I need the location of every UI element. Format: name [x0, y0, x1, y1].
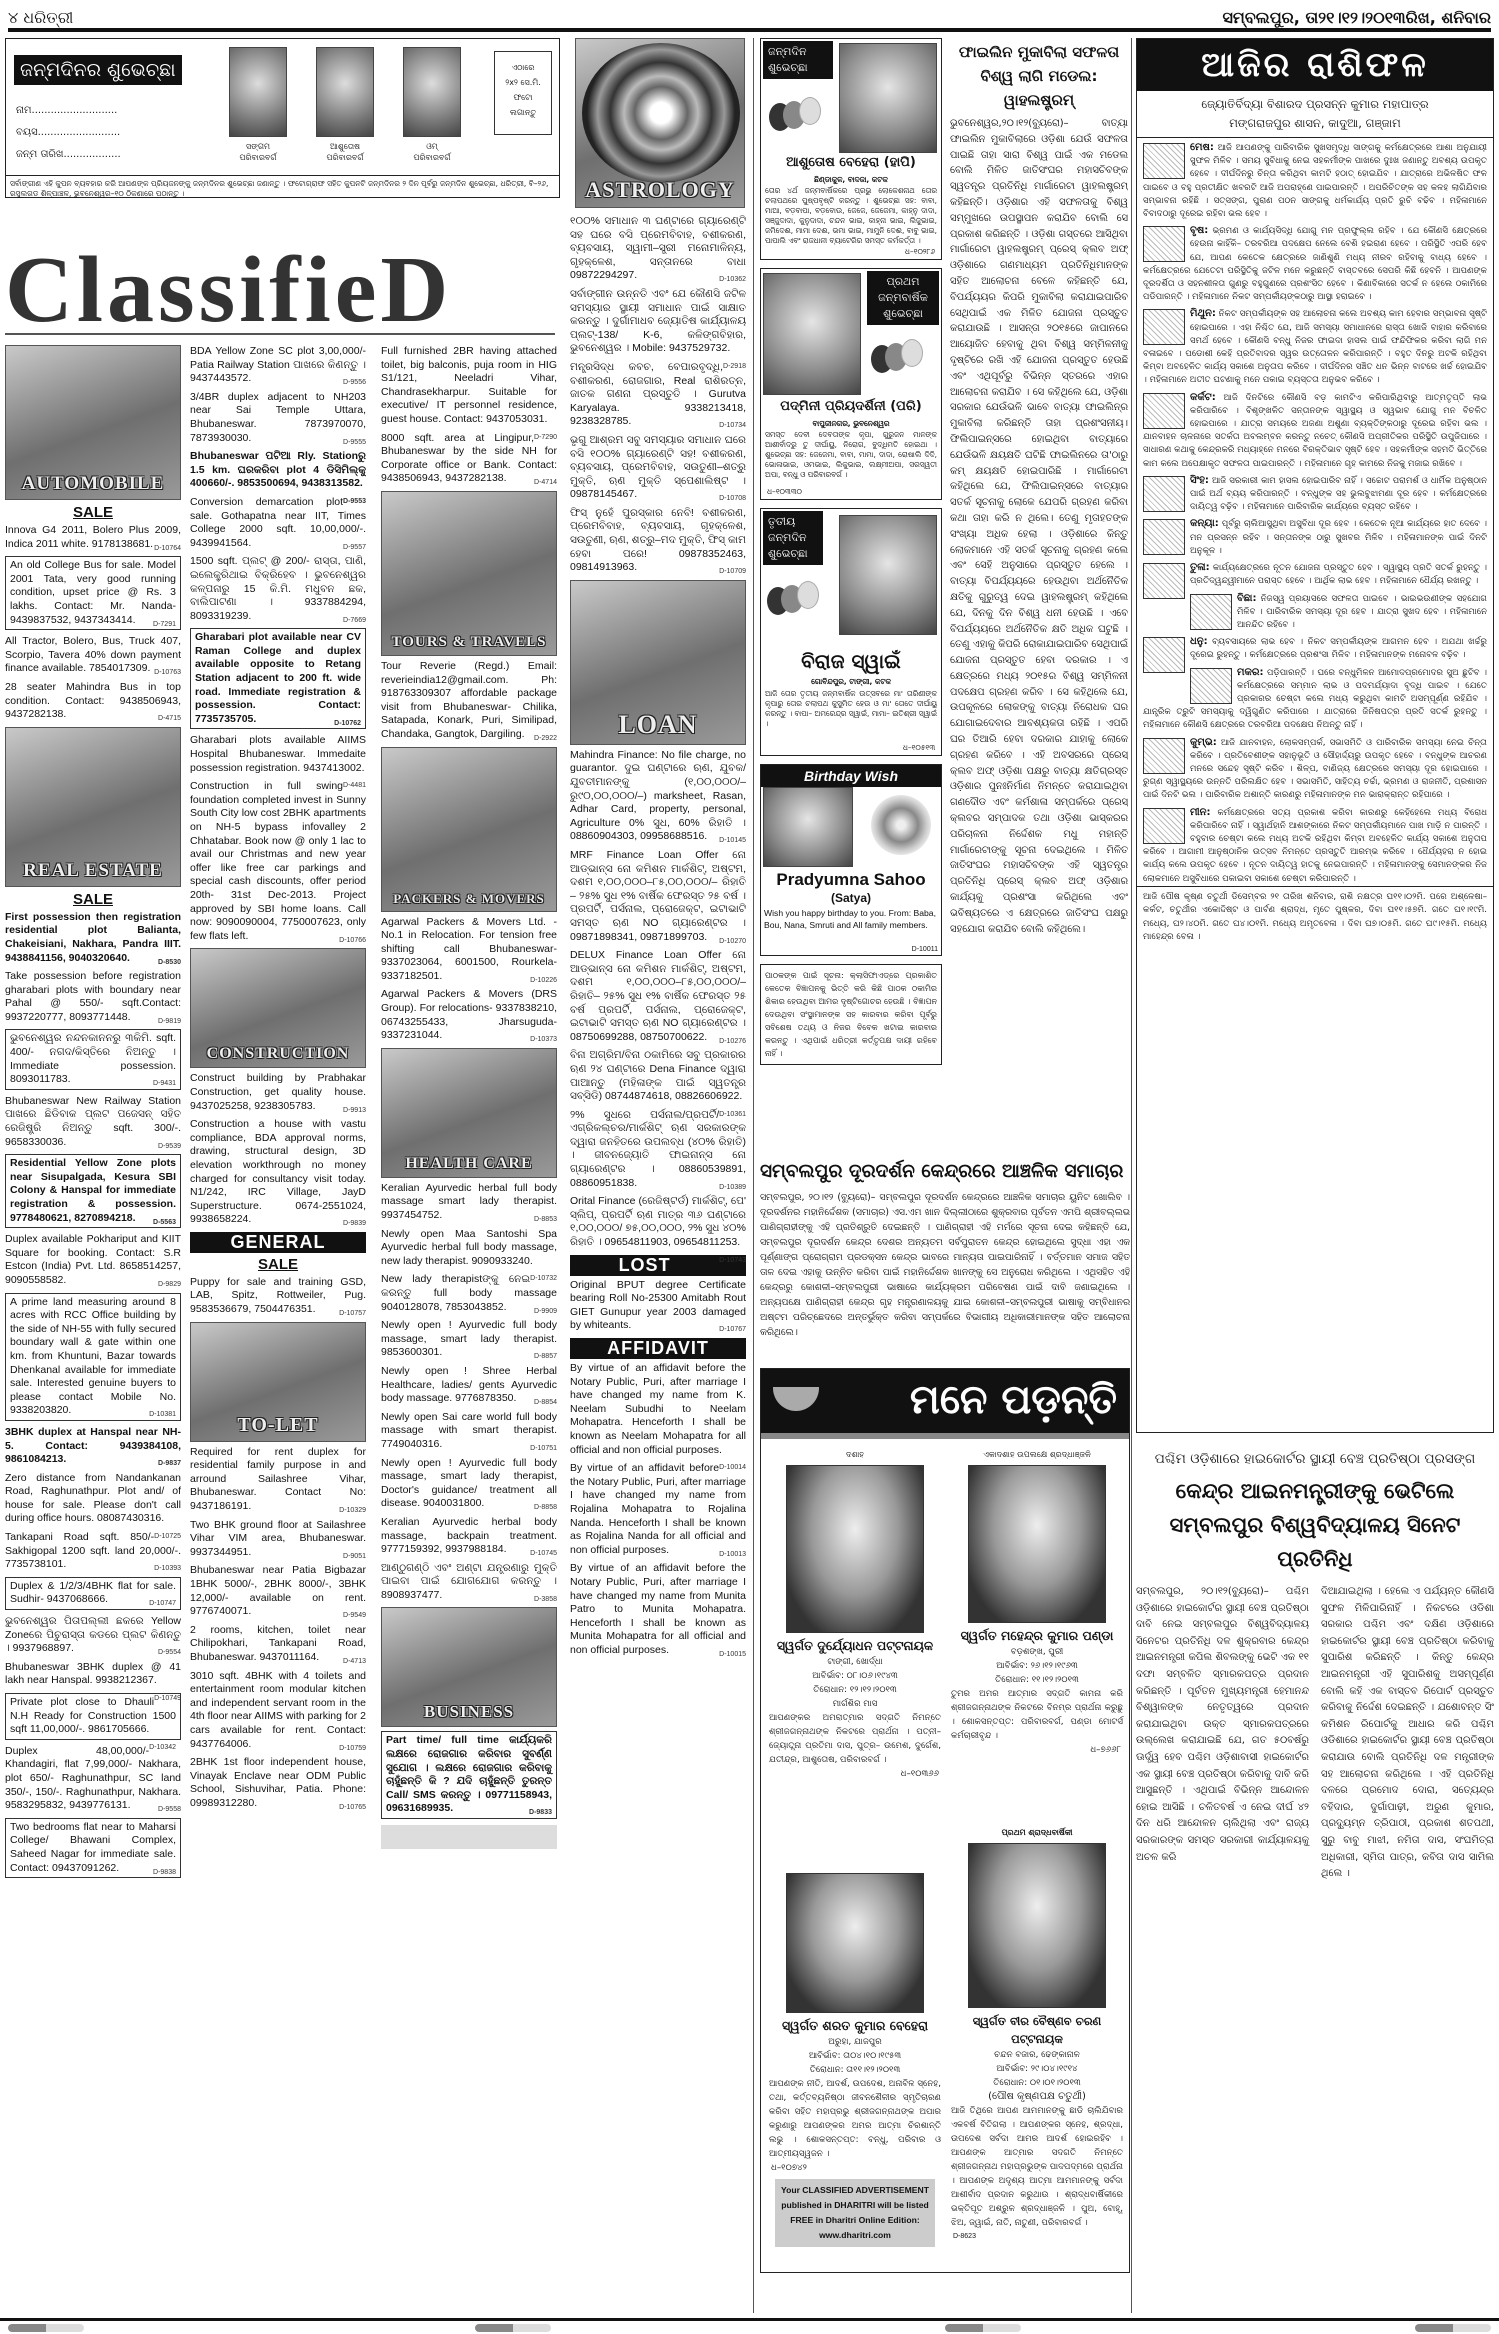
classified-ad: Conversion demarcation plot sale. Gothap…: [190, 496, 366, 550]
affidavit-heading: AFFIDAVIT: [570, 1338, 746, 1359]
classified-ad: Mahindra Finance: No file charge, no gua…: [570, 749, 746, 844]
sign-text: ପୂର୍ବରୁ ଚାଲିଆସୁଥିବା ଅସୁବିଧା ଦୂର ହେବ । କେ…: [1190, 519, 1487, 555]
classified-ad: Newly open Sai care world full body mass…: [381, 1411, 557, 1452]
classified-ad: Original BPUT degree Certificate bearing…: [570, 1279, 746, 1333]
classified-ad: ଆଣ୍ଠୁଗଣ୍ଠି ଏବଂ ଅଣ୍ଟା ଯନ୍ତ୍ରଣାରୁ ମୁକ୍ତି ପ…: [381, 1562, 557, 1603]
column-astrology-loan: ୧୦୦% ସମାଧାନ ୩ ଘଣ୍ଟାରେ ଗ୍ୟାରେଣ୍ଟି ସହ ଘରେ …: [570, 215, 746, 2315]
ad-text: Construct building by Prabhakar Construc…: [190, 1072, 366, 1111]
ad-code: D-9558: [158, 1803, 181, 1817]
classified-ad: Gharabari plot available near CV Raman C…: [190, 628, 366, 729]
ad-code: D-10765: [339, 1801, 366, 1815]
classified-ad: 3BHK duplex at Hanspal near NH-5. Contac…: [5, 1426, 181, 1467]
ad-text: 8000 sqft. area at Lingipur, Bhubaneswar…: [381, 432, 557, 485]
story-headline: ସମ୍ବଲପୁର ଦୂରଦର୍ଶନ କେନ୍ଦ୍ରରେ ଆଞ୍ଚଳିକ ସମାଚ…: [760, 1158, 1130, 1186]
ad-text: Orital Finance (ରେଜିଷ୍ଟର୍ଡ) ମାର୍କଶିଟ୍, ପ…: [570, 1195, 746, 1248]
ad-code: D-10393: [154, 1562, 181, 1576]
sign-text: କାର୍ଯ୍ୟକ୍ଷେତ୍ରରେ ନୂତନ ଯୋଜନା ପ୍ରସ୍ତୁତ ହେବ…: [1190, 563, 1487, 586]
classified-ad: DELUX Finance Loan Offer ନୋ ଆଡ୍‌ଭାନ୍ସ ନୋ…: [570, 949, 746, 1044]
story-headline: କେନ୍ଦ୍ର ଆଇନମନ୍ତ୍ରୀଙ୍କୁ ଭେଟିଲେ ସମ୍ବଲପୁର ବ…: [1136, 1474, 1494, 1576]
horoscope-entry: ମିଥୁନ: ନିକଟ ସମ୍ପର୍କୀୟଙ୍କ ସହ ଆଲୋଚନା କଲେ ଅ…: [1137, 307, 1493, 387]
ad-code: D-10389: [719, 1181, 746, 1195]
classified-ad: ଭୁବନେଶ୍ୱର ନନ୍ଦନକାନନରୁ ୩କିମି. sqft. 400/-…: [5, 1029, 181, 1089]
classified-ad: MRF Finance Loan Offer ନୋ ଆଡ୍‌ଭାନ୍ସ ନୋ କ…: [570, 849, 746, 944]
wish-card: Birthday Wish Pradyumna Sahoo (Satya) Wi…: [760, 764, 942, 956]
ad-text: 3010 sqft. 4BHK with 4 toilets and enter…: [190, 1670, 366, 1750]
sign-name: କୁମ୍ଭ:: [1190, 737, 1217, 748]
ad-code: D-10361: [719, 1108, 746, 1122]
sign-text: ଭ୍ରମଣ ଓ କାର୍ଯ୍ୟସିଦ୍ଧି ଯୋଗୁ ମନ ପ୍ରଫୁଲ୍ଲ ର…: [1143, 226, 1487, 302]
horoscope-entry: ଧନୁ: ବ୍ୟବସାୟରେ ଲାଭ ହେବ । ନିକଟ ସମ୍ପର୍କୀୟଙ…: [1137, 635, 1493, 662]
ad-code: D-4713: [343, 1655, 366, 1669]
news-story: ସମ୍ବଲପୁର ଦୂରଦର୍ଶନ କେନ୍ଦ୍ରରେ ଆଞ୍ଚଳିକ ସମାଚ…: [760, 1158, 1130, 1340]
classified-ad: Construction a house with vastu complian…: [190, 1118, 366, 1227]
footer-rule: [0, 2318, 1499, 2321]
column-services: Full furnished 2BR having attached toile…: [381, 345, 557, 2315]
classified-ad: ମନ୍ତ୍ରସିଦ୍ଧ କବଚ, ବେପାରବୃଦ୍ଧି, ବଶୀକରଣ, ରୋ…: [570, 361, 746, 429]
ad-text: Conversion demarcation plot sale. Gothap…: [190, 496, 366, 549]
obituary-card: ସ୍ୱର୍ଗତ ଶରତ କୁମାର ବେହେରା ଅରୁହା, ଯାଜପୁର ଆ…: [765, 1869, 945, 2251]
ad-text: Bhubaneswar ପଟିଆ Rly. Stationରୁ 1.5 km. …: [190, 450, 366, 489]
ad-code: D-8857: [534, 1350, 557, 1364]
ad-text: ସର୍ବାଙ୍ଗୀନ ଉନ୍ନତି ଏବଂ ଯେ କୌଣସି ଜଟିଳ ସମସ୍…: [570, 288, 746, 354]
general-heading: GENERAL: [190, 1232, 366, 1253]
column-automobile-realestate: AUTOMOBILE SALE Innova G4 2011, Bolero P…: [5, 345, 181, 2315]
ad-text: Bhubaneswar 3BHK duplex @ 41 lakh near H…: [5, 1661, 181, 1687]
horoscope-entry: କୁମ୍ଭ: ଆଜି ଯାନବାହନ, ଲୋକସମ୍ପର୍କ, ସଭାସମିତି…: [1137, 736, 1493, 803]
page-marker: [1415, 2324, 1491, 2332]
reader-notice: ପାଠକଙ୍କ ପାଇଁ ସୂଚନା: କ୍ଲାସିଫାଏଡ୍‌ରେ ପ୍ରକା…: [760, 964, 942, 1065]
ad-text: Construction a house with vastu complian…: [190, 1118, 366, 1225]
ad-code: D-10751: [530, 1442, 557, 1456]
classified-ad: ଭୃଗୁ ଆଶ୍ରମ ସବୁ ସମସ୍ୟାର ସମାଧାନ ଘରେ ବସି ୧୦…: [570, 434, 746, 502]
ad-text: Duplex available Pokhariput and KIIT Squ…: [5, 1233, 181, 1286]
classified-ad: 2BHK 1st floor independent house, Vinaya…: [190, 1756, 366, 1810]
sign-name: ବିଛା:: [1237, 593, 1256, 604]
ad-text: Tour Reverie (Regd.) Email: reverieindia…: [381, 660, 557, 740]
zodiac-sign-icon: [1143, 519, 1185, 555]
ad-text: Newly open Maa Santoshi Spa Ayurvedic he…: [381, 1228, 557, 1267]
classified-ad: An old College Bus for sale. Model 2001 …: [5, 556, 181, 630]
blank-box: [381, 1825, 557, 1849]
classified-ad: Required for rent duplex for residential…: [190, 1446, 366, 1514]
classified-ad: ୧୦୦% ସମାଧାନ ୩ ଘଣ୍ଟାରେ ଗ୍ୟାରେଣ୍ଟି ସହ ଘରେ …: [570, 215, 746, 283]
classified-ad: A prime land measuring around 8 acres wi…: [5, 1293, 181, 1421]
sale-heading: SALE: [190, 1256, 366, 1273]
birthday-coupon: ଜନ୍ମଦିନର ଶୁଭେଚ୍ଛା ନାମ...................…: [5, 38, 560, 198]
ad-code: D-8854: [534, 1396, 557, 1410]
ad-text: ଭୁବନେଶ୍ୱର ନନ୍ଦନକାନନରୁ ୩କିମି. sqft. 400/-…: [10, 1032, 176, 1085]
obituary-card: ଏକାଦଶାହ ଉପଲକ୍ଷେ ଶ୍ରଦ୍ଧାଞ୍ଜଳି ସ୍ୱର୍ଗତ ମହେ…: [947, 1449, 1127, 1757]
ad-code: D-10749: [154, 1692, 181, 1706]
story-headline: ଫାଇଲିନ ମୁକାବିଲା ସଫଳତା ବିଶ୍ୱ ଲାଗି ମଡେଲ: ୱ…: [950, 40, 1128, 112]
classified-ad: Two BHK ground floor at Sailashree Vihar…: [190, 1519, 366, 1560]
classified-ad: Bhubaneswar ପଟିଆ Rly. Stationରୁ 1.5 km. …: [190, 450, 366, 491]
ad-code: D-10373: [530, 1033, 557, 1047]
kid-photo: [316, 47, 374, 137]
sign-text: ନିକଟ ସମ୍ପର୍କୀୟଙ୍କ ସହ ଆଲୋଚନା କଲେ ଅବଶ୍ୟ କା…: [1143, 309, 1487, 385]
sign-name: କର୍କଟ:: [1190, 392, 1216, 403]
classified-ad: By virtue of an affidavit before the Not…: [570, 1462, 746, 1557]
automobile-image: AUTOMOBILE: [5, 345, 181, 500]
ad-text: Required for rent duplex for residential…: [190, 1446, 366, 1512]
ad-text: A prime land measuring around 8 acres wi…: [10, 1296, 176, 1417]
ad-code: D-9549: [343, 1609, 366, 1623]
tolet-image: TO-LET: [190, 1322, 366, 1442]
ad-text: BDA Yellow Zone SC plot 3,00,000/- Patia…: [190, 345, 366, 384]
online-edition-promo: Your CLASSIFIED ADVERTISEMENT published …: [775, 2179, 935, 2247]
zodiac-sign-icon: [1190, 668, 1232, 704]
ad-text: An old College Bus for sale. Model 2001 …: [10, 559, 176, 625]
classified-ad: ସର୍ବାଙ୍ଗୀନ ଉନ୍ନତି ଏବଂ ଯେ କୌଣସି ଜଟିଳ ସମସ୍…: [570, 288, 746, 356]
travels-image: TOURS & TRAVELS: [381, 491, 557, 656]
panchang: ଆଜି ପୌଷ କୃଷ୍ଣ ଚତୁର୍ଥୀ ଡିସେମ୍ବର ୨୧ ତାରିଖ …: [1137, 886, 1493, 949]
ad-text: Gharabari plots available AIIMS Hospital…: [190, 734, 366, 773]
classified-ad: ବିନା ଅଗ୍ରିମ/ବିନା ଠକାମିରେ ସବୁ ପ୍ରକାରର ଋଣ …: [570, 1049, 746, 1103]
wish-card: ତୃତୀୟ ଜନ୍ମଦିନ ଶୁଭେଚ୍ଛା ବିରାଜ ସ୍ୱାଇଁ ଗୋବି…: [760, 508, 942, 756]
ad-text: 1500 sqft. ପ୍ଲଟ୍ @ 200/- ରାସ୍ତା, ପାଣି, ଇ…: [190, 555, 366, 621]
ad-code: D-10709: [719, 565, 746, 579]
ad-code: D-9829: [158, 1278, 181, 1292]
kid-caption: ସଙ୍ଗମପରିବାରବର୍ଗ: [223, 141, 293, 163]
classified-ad: 1500 sqft. ପ୍ଲଟ୍ @ 200/- ରାସ୍ତା, ପାଣି, ଇ…: [190, 555, 366, 623]
classified-ad: Residential Yellow Zone plots near Sisup…: [5, 1154, 181, 1228]
classified-ad: Zero distance from Nandankanan Road, Rag…: [5, 1472, 181, 1526]
sign-name: ମେଷ:: [1190, 142, 1214, 153]
ad-code: D-10725: [154, 1530, 181, 1544]
wish-name: ଆଶୁତୋଷ ବେହେରା (ହାପି): [761, 155, 941, 170]
classified-ad: All Tractor, Bolero, Bus, Truck 407, Sco…: [5, 635, 181, 676]
classified-ad: 28 seater Mahindra Bus in top condition.…: [5, 681, 181, 722]
story-body: ଦିଆଯାଇଥିଲା । ହେଲେ ଏ ପର୍ଯ୍ୟନ୍ତ କୌଣସି ସୁଫଳ…: [1321, 1584, 1494, 1883]
horoscope-entry: କନ୍ୟା: ପୂର୍ବରୁ ଚାଲିଆସୁଥିବା ଅସୁବିଧା ଦୂର ହ…: [1137, 517, 1493, 558]
ad-text: 3/4BR duplex adjacent to NH203 near Sai …: [190, 391, 366, 444]
ad-text: Newly open ! Ayurvedic full body massage…: [381, 1457, 557, 1510]
zodiac-sign-icon: [1143, 309, 1185, 345]
ad-code: D-9839: [343, 1217, 366, 1231]
obituary-card: ଦଶାହ ସ୍ୱର୍ଗତ ଦୁର୍ଯ୍ୟୋଧନ ପଟ୍ଟନାୟକ ଟାଙ୍ଗୀ,…: [765, 1449, 945, 1781]
classified-ad: 3/4BR duplex adjacent to NH203 near Sai …: [190, 391, 366, 445]
classified-ad: Tour Reverie (Regd.) Email: reverieindia…: [381, 660, 557, 742]
ad-text: By virtue of an affidavit before the Not…: [570, 1362, 746, 1456]
ad-code: D-10767: [719, 1323, 746, 1337]
coupon-title: ଜନ୍ମଦିନର ଶୁଭେଚ୍ଛା: [14, 55, 182, 85]
ad-text: DELUX Finance Loan Offer ନୋ ଆଡ୍‌ଭାନ୍ସ ନୋ…: [570, 949, 746, 1043]
ad-code: D-9554: [158, 1646, 181, 1660]
sign-name: ତୁଳା:: [1190, 562, 1210, 573]
ad-text: Gharabari plot available near CV Raman C…: [195, 631, 361, 725]
ad-code: D-4714: [534, 476, 557, 490]
ad-text: First possession then registration resid…: [5, 911, 181, 964]
loan-image: LOAN: [570, 580, 746, 745]
ad-code: D-10766: [339, 934, 366, 948]
ad-code: D-10362: [719, 273, 746, 287]
ad-text: Mahindra Finance: No file charge, no gua…: [570, 749, 746, 843]
ad-code: D-10270: [719, 935, 746, 949]
ad-code: D-10708: [719, 492, 746, 506]
ad-text: ଆଣ୍ଠୁଗଣ୍ଠି ଏବଂ ଅଣ୍ଟା ଯନ୍ତ୍ରଣାରୁ ମୁକ୍ତି ପ…: [381, 1562, 557, 1601]
classified-ad: Part time/ full time କାର୍ଯ୍ୟକରି ଲକ୍ଷରେ ର…: [381, 1731, 557, 1819]
ad-text: Two bedrooms flat near to Maharsi Colleg…: [10, 1821, 176, 1874]
ad-code: D-4481: [343, 779, 366, 793]
ad-code: D-9556: [343, 376, 366, 390]
classified-banner: ClassifieD: [5, 245, 555, 335]
classified-ad: Construction in full swing foundation co…: [190, 780, 366, 943]
ad-text: Agarwal Packers & Movers Ltd. - No.1 in …: [381, 916, 557, 982]
sign-name: ମକର:: [1237, 667, 1263, 678]
sign-text: ବ୍ୟବସାୟରେ ଲାଭ ହେବ । ନିକଟ ସମ୍ପର୍କୀୟଙ୍କ ଆଗ…: [1190, 637, 1487, 660]
classified-ad: Orital Finance (ରେଜିଷ୍ଟର୍ଡ) ମାର୍କଶିଟ୍, ପ…: [570, 1195, 746, 1249]
classified-ad: ଭୁବନେଶ୍ୱର ପିତାପଲ୍ଲୀ ଛକରେ Yellow Zoneରେ ପ…: [5, 1615, 181, 1656]
ad-text: Residential Yellow Zone plots near Sisup…: [10, 1157, 176, 1223]
classified-ad: Newly open ! Ayurvedic full body massage…: [381, 1457, 557, 1511]
sign-name: ମିଥୁନ:: [1190, 308, 1216, 319]
ad-code: D-9833: [529, 1806, 552, 1820]
birthday-wishes: ଜନ୍ମଦିନ ଶୁଭେଚ୍ଛା ଆଶୁତୋଷ ବେହେରା (ହାପି) ଛି…: [760, 38, 942, 1073]
ad-text: By virtue of an affidavit before the Not…: [570, 1462, 746, 1556]
zodiac-sign-icon: [1190, 594, 1232, 630]
ad-code: D-9555: [343, 436, 366, 450]
ad-code: D-8530: [158, 956, 181, 970]
ad-code: D-10013: [719, 1548, 746, 1562]
ad-text: Bhubaneswar near Patia Bigbazar 1BHK 500…: [190, 1564, 366, 1617]
ad-text: Construction in full swing foundation co…: [190, 780, 366, 942]
zodiac-sign-icon: [1143, 143, 1185, 179]
ad-code: D-10732: [530, 1272, 557, 1286]
ad-code: D-9819: [158, 1015, 181, 1029]
classified-ad: Bhubaneswar New Railway Station ପାଖରେ ଛି…: [5, 1095, 181, 1149]
wish-name: ପଦ୍ମିନୀ ପ୍ରିୟଦର୍ଶିନୀ (ପରି): [761, 399, 941, 414]
construction-image: CONSTRUCTION: [190, 948, 366, 1068]
ad-code: D-2918: [723, 360, 746, 374]
classified-ad: Newly open Maa Santoshi Spa Ayurvedic he…: [381, 1228, 557, 1269]
story-body: ଭୁବନେଶ୍ୱର,୨୦।୧୨(ବ୍ୟୁରୋ)– ବାତ୍ୟା ଫାଇଲିନ ମ…: [950, 116, 1128, 937]
horoscope-entry: ବିଛା: ନିଜସ୍ୱ ପ୍ରୟାସରେ ସଫଳତା ପାଇବେ । ଭାଇଭ…: [1137, 592, 1493, 633]
classified-ad: Agarwal Packers & Movers (DRS Group). Fo…: [381, 988, 557, 1042]
ad-text: Take possession before registration ghar…: [5, 970, 181, 1023]
ad-text: Zero distance from Nandankanan Road, Rag…: [5, 1472, 181, 1525]
sign-name: ମୀନ:: [1190, 807, 1211, 818]
ad-code: D-10381: [149, 1408, 176, 1422]
zodiac-sign-icon: [1143, 393, 1185, 429]
dob-field[interactable]: ଜନ୍ମ ତାରିଖ..................: [16, 149, 121, 160]
ad-text: 28 seater Mahindra Bus in top condition.…: [5, 681, 181, 720]
ad-code: D-9539: [158, 1140, 181, 1154]
classified-ad: Bhubaneswar 3BHK duplex @ 41 lakh near H…: [5, 1661, 181, 1688]
horoscope-title: ଆଜିର ରାଶିଫଳ: [1137, 39, 1493, 91]
classified-ad: Keralian Ayurvedic herbal body massage, …: [381, 1516, 557, 1557]
age-field[interactable]: ବୟସ..........................: [16, 127, 120, 138]
ad-code: D-2922: [534, 732, 557, 746]
zodiac-sign-icon: [1143, 563, 1185, 599]
wish-card: ପ୍ରଥମ ଜନ୍ମବାର୍ଷିକ ଶୁଭେଚ୍ଛା ପଦ୍ମିନୀ ପ୍ରିୟ…: [760, 268, 942, 500]
sign-name: ବୃଷ:: [1190, 225, 1208, 236]
ad-code: D-10757: [339, 1307, 366, 1321]
classified-ad: Take possession before registration ghar…: [5, 970, 181, 1024]
wish-name: ବିରାଜ ସ୍ୱାଇଁ: [761, 649, 941, 673]
sale-heading: SALE: [5, 891, 181, 908]
ad-code: D-7291: [153, 618, 176, 632]
classified-ad: Construct building by Prabhakar Construc…: [190, 1072, 366, 1113]
classified-ad: Agarwal Packers & Movers Ltd. - No.1 in …: [381, 916, 557, 984]
story-body: ସମ୍ବଲପୁର, ୨୦।୧୨ (ବ୍ୟୁରୋ)– ସମ୍ବଲପୁର ଦୂରଦର…: [760, 1190, 1130, 1340]
classified-ad: Keralian Ayurvedic herbal full body mass…: [381, 1182, 557, 1223]
kid-photo: [403, 47, 461, 137]
ad-code: D-10329: [339, 1504, 366, 1518]
header-rule: [8, 28, 1491, 32]
zodiac-wheel-icon: [582, 43, 740, 183]
ad-code: D-10763: [154, 666, 181, 680]
classified-ad: 2 rooms, kitchen, toilet near Chilipokha…: [190, 1624, 366, 1665]
zodiac-sign-icon: [1143, 637, 1185, 673]
ad-text: 3BHK duplex at Hanspal near NH-5. Contac…: [5, 1426, 181, 1465]
classified-ad: Innova G4 2011, Bolero Plus 2009, Indica…: [5, 524, 181, 551]
story-kicker: ପଶ୍ଚିମ ଓଡ଼ିଶାରେ ହାଇକୋର୍ଟର ସ୍ଥାୟୀ ବେଞ୍ଚ ପ…: [1136, 1448, 1494, 1470]
horoscope-entry: ମେଷ: ଆଜି ଆପଣଙ୍କୁ ପାରିବାରିକ ସୁଖସମୃଦ୍ଧି ସା…: [1137, 141, 1493, 221]
ad-code: D-10762: [334, 717, 361, 731]
sign-name: କନ୍ୟା:: [1190, 518, 1219, 529]
classified-ad: By virtue of an affidavit before the Not…: [570, 1362, 746, 1457]
packers-image: PACKERS & MOVERS: [381, 747, 557, 912]
sign-name: ଧନୁ:: [1190, 636, 1208, 647]
ad-text: ବିନା ଅଗ୍ରିମ/ବିନା ଠକାମିରେ ସବୁ ପ୍ରକାରର ଋଣ …: [570, 1049, 746, 1102]
name-field[interactable]: ନାମ...........................: [16, 105, 117, 116]
zodiac-sign-icon: [1143, 476, 1185, 512]
page-marker: [475, 2324, 551, 2332]
ad-code: D-10145: [719, 834, 746, 848]
ad-code: D-9051: [343, 1550, 366, 1564]
flowers-icon: [871, 795, 931, 855]
ad-text: Two BHK ground floor at Sailashree Vihar…: [190, 1519, 366, 1558]
ad-code: D-10226: [530, 974, 557, 988]
sign-name: ସିଂହ:: [1190, 475, 1209, 486]
horoscope-entry: କର୍କଟ: ଆଜି ଦିନଟିରେ କୌଣସି ବଡ଼ କାମଟିଏ କରିପ…: [1137, 391, 1493, 471]
ad-code: D-10764: [154, 542, 181, 556]
ad-code: D-10747: [149, 1597, 176, 1611]
classified-ad: Duplex available Pokhariput and KIIT Squ…: [5, 1233, 181, 1287]
ad-code: D-9838: [153, 1866, 176, 1880]
column-divider: [1131, 38, 1132, 2313]
ad-code: D-10745: [530, 1547, 557, 1561]
classified-ad: First possession then registration resid…: [5, 911, 181, 965]
ad-code: D-9909: [534, 1305, 557, 1319]
obituary-section: ମନେ ପଡ଼ନ୍ତି ଦଶାହ ସ୍ୱର୍ଗତ ଦୁର୍ଯ୍ୟୋଧନ ପଟ୍ଟ…: [760, 1368, 1130, 2273]
sign-text: ଆଜି ଆପଣଙ୍କୁ ପାରିବାରିକ ସୁଖସମୃଦ୍ଧି ସାଙ୍ଗକୁ…: [1143, 143, 1487, 219]
ad-code: D-7290: [534, 431, 557, 445]
wish-card: ଜନ୍ମଦିନ ଶୁଭେଚ୍ଛା ଆଶୁତୋଷ ବେହେରା (ହାପି) ଛି…: [760, 38, 942, 260]
ad-code: D-8853: [534, 1213, 557, 1227]
sign-text: ଆଜି ସରକାରୀ କାମ ହାସଲ ହୋଇପାରିବ ନାହିଁ । ସଚ୍…: [1190, 476, 1487, 512]
ad-code: D-7669: [343, 614, 366, 628]
ad-text: By virtue of an affidavit before the Not…: [570, 1562, 746, 1656]
ad-code: D-10014: [719, 1461, 746, 1475]
sign-text: ନିଜସ୍ୱ ପ୍ରୟାସରେ ସଫଳତା ପାଇବେ । ଭାଇଭଉଣୀଙ୍କ…: [1237, 594, 1487, 630]
classified-ad: Bhubaneswar near Patia Bigbazar 1BHK 500…: [190, 1564, 366, 1618]
ad-code: D-9557: [343, 541, 366, 555]
page-marker: [945, 2324, 1021, 2332]
classified-ad: Full furnished 2BR having attached toile…: [381, 345, 557, 427]
classified-ad: ଫିସ୍ ନୁହେଁ ପୁରସ୍କାର ନେବି! ବଶୀକରଣ, ପ୍ରେମବ…: [570, 507, 746, 575]
classified-ad: Puppy for sale and training GSD, LAB, Sp…: [190, 1276, 366, 1317]
ad-text: Full furnished 2BR having attached toile…: [381, 345, 557, 425]
horoscope-entry: ମୀନ: କର୍ମକ୍ଷେତ୍ରରେ ସତ୍ୟ ପ୍ରକାଶ କରିବା କାର…: [1137, 806, 1493, 886]
ad-code: D-9913: [343, 1104, 366, 1118]
wish-name: Pradyumna Sahoo: [761, 870, 941, 890]
ad-code: D-10734: [719, 419, 746, 433]
column-divider: [753, 38, 754, 2313]
horoscope-entry: ବୃଷ: ଭ୍ରମଣ ଓ କାର୍ଯ୍ୟସିଦ୍ଧି ଯୋଗୁ ମନ ପ୍ରଫୁ…: [1137, 224, 1493, 304]
dateline: ସମ୍ବଲପୁର, ତା୨୧।୧୨।୨୦୧୩ରିଖ, ଶନିବାର: [1222, 8, 1491, 28]
obituary-title: ମନେ ପଡ଼ନ୍ତି: [761, 1369, 1129, 1439]
photo-slot[interactable]: ଏଠାରେ୨x୨ ସେ.ମି.ଫଟୋଲଗାନ୍ତୁ: [494, 51, 552, 135]
ad-text: Duplex 48,00,000/- Khandagiri, flat 7,99…: [5, 1745, 181, 1811]
sign-text: ଆଜି ଦିନଟିରେ କୌଣସି ବଡ଼ କାମଟିଏ କରିପାରିଥିବା…: [1143, 393, 1487, 469]
ad-text: ମନ୍ତ୍ରସିଦ୍ଧ କବଚ, ବେପାରବୃଦ୍ଧି, ବଶୀକରଣ, ରୋ…: [570, 361, 746, 427]
horoscope-entry: ମକର: ପଡ଼ିପାରନ୍ତି । ଘରେ ବନ୍ଧୁମିଳନ ଆମୋଦପ୍ର…: [1137, 666, 1493, 733]
classified-ad: Newly open ! Shree Herbal Healthcare, la…: [381, 1365, 557, 1406]
news-story: ଫାଇଲିନ ମୁକାବିଲା ସଫଳତା ବିଶ୍ୱ ଲାଗି ମଡେଲ: ୱ…: [950, 38, 1128, 1288]
ad-text: MRF Finance Loan Offer ନୋ ଆଡ୍‌ଭାନ୍ସ ନୋ କ…: [570, 849, 746, 943]
ad-code: D-9837: [158, 1457, 181, 1471]
classified-ad: Duplex & 1/2/3/4BHK flat for sale. Sudhi…: [5, 1577, 181, 1610]
astrologer-byline: ଜ୍ୟୋତିର୍ବିଦ୍ୟା ବିଶାରଦ ପ୍ରସନ୍ନ କୁମାର ମହାପ…: [1137, 91, 1493, 138]
ad-code: D-9553: [343, 495, 366, 509]
ad-code: D-10276: [719, 1035, 746, 1049]
classified-ad: 3010 sqft. 4BHK with 4 toilets and enter…: [190, 1670, 366, 1752]
zodiac-sign-icon: [1143, 808, 1185, 844]
story-body: ସମ୍ବଲପୁର, ୨୦।୧୨(ବ୍ୟୁରୋ)– ପଶ୍ଚିମ ଓଡ଼ିଶାରେ…: [1136, 1584, 1309, 1883]
ad-code: D-4715: [158, 712, 181, 726]
classified-ad: Two bedrooms flat near to Maharsi Colleg…: [5, 1818, 181, 1878]
ad-text: Newly open ! Shree Herbal Healthcare, la…: [381, 1365, 557, 1404]
ad-code: D-10743: [719, 1254, 746, 1268]
ad-text: ଭୃଗୁ ଆଶ୍ରମ ସବୁ ସମସ୍ୟାର ସମାଧାନ ଘରେ ବସି ୧୦…: [570, 434, 746, 500]
ad-code: D-9431: [153, 1077, 176, 1091]
ad-code: D-10759: [339, 1742, 366, 1756]
realestate-image: REAL ESTATE: [5, 727, 181, 887]
kid-caption: ଆଶୁତୋଷପରିବାରବର୍ଗ: [310, 141, 380, 163]
ad-code: D-3858: [534, 1593, 557, 1607]
sign-text: କର୍ମକ୍ଷେତ୍ରରେ ସତ୍ୟ ପ୍ରକାଶ କରିବା କାରଣରୁ କ…: [1143, 808, 1487, 884]
kid-photo: [229, 47, 287, 137]
ad-code: D-10015: [719, 1648, 746, 1662]
ad-code: D-8858: [534, 1501, 557, 1515]
news-story: ପଶ୍ଚିମ ଓଡ଼ିଶାରେ ହାଇକୋର୍ଟର ସ୍ଥାୟୀ ବେଞ୍ଚ ପ…: [1136, 1448, 1494, 2308]
ad-text: Bhubaneswar New Railway Station ପାଖରେ ଛି…: [5, 1095, 181, 1148]
ad-text: Private plot close to Dhauli N.H Ready f…: [10, 1696, 176, 1735]
classified-ad: Gharabari plots available AIIMS Hospital…: [190, 734, 366, 775]
horoscope-entry: ସିଂହ: ଆଜି ସରକାରୀ କାମ ହାସଲ ହୋଇପାରିବ ନାହିଁ…: [1137, 474, 1493, 515]
zodiac-sign-icon: [1143, 226, 1185, 262]
zodiac-sign-icon: [1143, 738, 1185, 774]
ad-text: Newly open ! Ayurvedic full body massage…: [381, 1319, 557, 1358]
classified-ad: By virtue of an affidavit before the Not…: [570, 1562, 746, 1657]
page-label: ୪ ଧରିତ୍ରୀ: [8, 8, 73, 28]
astrology-image: ASTROLOGY: [575, 38, 745, 208]
classified-ad: BDA Yellow Zone SC plot 3,00,000/- Patia…: [190, 345, 366, 386]
kid-caption: ଓମ୍ପରିବାରବର୍ଗ: [397, 141, 467, 163]
healthcare-image: HEALTH CARE: [381, 1048, 557, 1178]
ad-text: Part time/ full time କାର୍ଯ୍ୟକରି ଲକ୍ଷରେ ର…: [386, 1734, 552, 1814]
ad-text: ଫିସ୍ ନୁହେଁ ପୁରସ୍କାର ନେବି! ବଶୀକରଣ, ପ୍ରେମବ…: [570, 507, 746, 573]
classified-ad: Duplex 48,00,000/- Khandagiri, flat 7,99…: [5, 1745, 181, 1813]
page-header: ୪ ଧରିତ୍ରୀ ସମ୍ବଲପୁର, ତା୨୧।୧୨।୨୦୧୩ରିଖ, ଶନି…: [8, 2, 1491, 28]
horoscope-section: ଆଜିର ରାଶିଫଳ ଜ୍ୟୋତିର୍ବିଦ୍ୟା ବିଶାରଦ ପ୍ରସନ୍…: [1136, 38, 1494, 1433]
ad-code: D-5563: [153, 1216, 176, 1230]
coupon-instructions: ସର୍ବାଙ୍ଗୀଣ ଏହି କୁପନ ବ୍ୟବହାର କରି ଆପଣଙ୍କ ପ…: [6, 175, 559, 202]
classified-ad: Newly open ! Ayurvedic full body massage…: [381, 1319, 557, 1360]
ad-text: ଭୁବନେଶ୍ୱର ପିତାପଲ୍ଲୀ ଛକରେ Yellow Zoneରେ ପ…: [5, 1615, 181, 1654]
page-marker: [8, 2324, 84, 2332]
